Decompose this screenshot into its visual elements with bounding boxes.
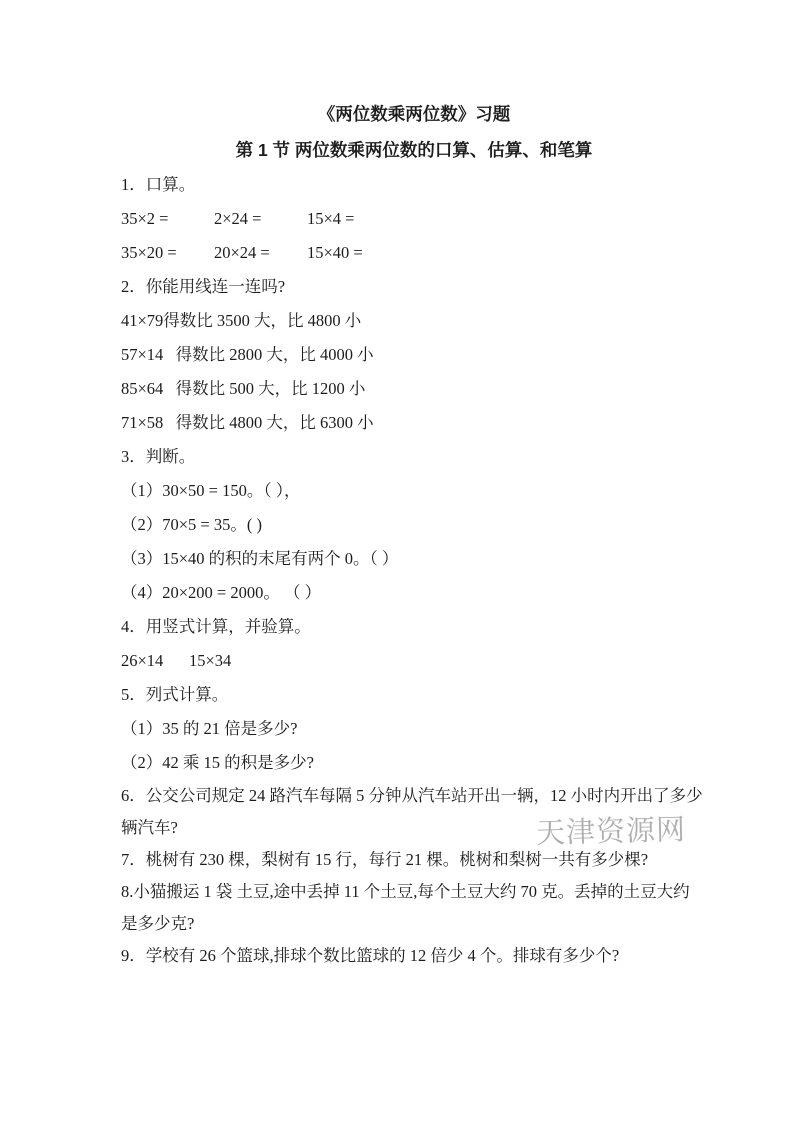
problem-4-label: 4．用竖式计算，并验算。	[121, 610, 707, 644]
equation: 20×24 =	[214, 236, 307, 270]
problem-5-label: 5．列式计算。	[121, 678, 707, 712]
equation: 26×14	[121, 644, 189, 678]
equation: 35×20 =	[121, 236, 214, 270]
worksheet-page: 《两位数乘两位数》习题 第 1 节 两位数乘两位数的口算、估算、和笔算 1．口算…	[0, 0, 793, 1122]
equation: 15×34	[189, 651, 231, 670]
problem-6-line-2: 辆汽车?	[121, 812, 707, 844]
listed-calc-item-1: （1）35 的 21 倍是多少?	[121, 712, 707, 746]
judge-item-3: （3）15×40 的积的末尾有两个 0。（ ）	[121, 542, 707, 576]
worksheet-content: 《两位数乘两位数》习题 第 1 节 两位数乘两位数的口算、估算、和笔算 1．口算…	[0, 0, 793, 972]
problem-9: 9．学校有 26 个篮球,排球个数比篮球的 12 倍少 4 个。排球有多少个?	[121, 940, 707, 972]
equation: 35×2 =	[121, 202, 214, 236]
problem-7: 7．桃树有 230 棵，梨树有 15 行，每行 21 棵。桃树和梨树一共有多少棵…	[121, 844, 707, 876]
match-item-1: 41×79得数比 3500 大，比 4800 小	[121, 304, 707, 338]
problem-3-label: 3．判断。	[121, 440, 707, 474]
listed-calc-item-2: （2）42 乘 15 的积是多少?	[121, 746, 707, 780]
page-title: 《两位数乘两位数》习题	[121, 96, 707, 132]
problem-8-line-2: 是多少克?	[121, 908, 707, 940]
match-item-3: 85×64 得数比 500 大，比 1200 小	[121, 372, 707, 406]
oral-calc-row-1: 35×2 =2×24 =15×4 =	[121, 202, 707, 236]
equation: 2×24 =	[214, 202, 307, 236]
problem-6-line-1: 6．公交公司规定 24 路汽车每隔 5 分钟从汽车站开出一辆，12 小时内开出了…	[121, 780, 707, 812]
problem-8-line-1: 8.小猫搬运 1 袋 土豆,途中丢掉 11 个土豆,每个土豆大约 70 克。丢掉…	[121, 876, 707, 908]
match-item-2: 57×14 得数比 2800 大，比 4000 小	[121, 338, 707, 372]
judge-item-2: （2）70×5 = 35。( )	[121, 508, 707, 542]
equation: 15×40 =	[307, 243, 363, 262]
vertical-calc-row: 26×1415×34	[121, 644, 707, 678]
problem-2-label: 2．你能用线连一连吗?	[121, 270, 707, 304]
judge-item-1: （1）30×50 = 150。（ ），	[121, 474, 707, 508]
oral-calc-row-2: 35×20 =20×24 =15×40 =	[121, 236, 707, 270]
equation: 15×4 =	[307, 209, 355, 228]
problem-1-label: 1．口算。	[121, 168, 707, 202]
match-item-4: 71×58 得数比 4800 大，比 6300 小	[121, 406, 707, 440]
judge-item-4: （4）20×200 = 2000。 （ ）	[121, 576, 707, 610]
section-subtitle: 第 1 节 两位数乘两位数的口算、估算、和笔算	[121, 132, 707, 168]
